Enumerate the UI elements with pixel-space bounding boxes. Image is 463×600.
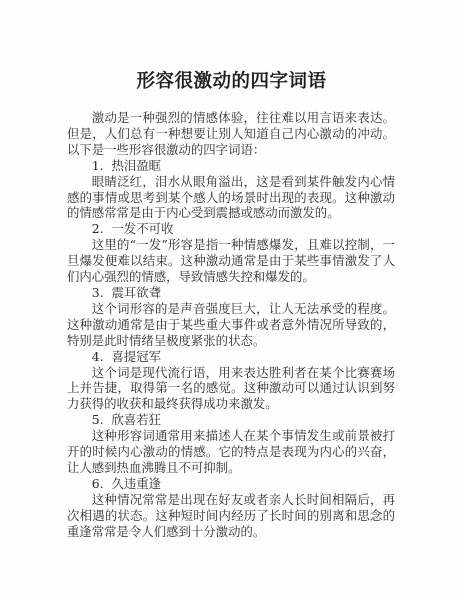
item-term: 欣喜若狂 <box>112 412 162 427</box>
item-number: 6. <box>92 476 104 491</box>
item-heading-5: 5. 欣喜若狂 <box>67 412 395 428</box>
item-number: 1. <box>92 158 104 173</box>
item-number: 2. <box>92 221 104 236</box>
item-description-1: 眼睛泛红，泪水从眼角溢出，这是看到某件触发内心情感的事情或思考到某个感人的场景时… <box>67 174 395 222</box>
document-body: 激动是一种强烈的情感体验，往往难以用言语来表达。但是，人们总有一种想要让别人知道… <box>67 110 395 539</box>
item-heading-2: 2. 一发不可收 <box>67 221 395 237</box>
item-number: 3. <box>92 285 104 300</box>
item-heading-4: 4. 喜提冠军 <box>67 349 395 365</box>
item-term: 喜提冠军 <box>112 349 162 364</box>
item-description-3: 这个词形容的是声音强度巨大，让人无法承受的程度。这种激动通常是由于某些重大事件或… <box>67 301 395 349</box>
item-heading-1: 1. 热泪盈眶 <box>67 158 395 174</box>
item-term: 震耳欲聋 <box>112 285 162 300</box>
item-number: 5. <box>92 412 104 427</box>
item-term: 久违重逢 <box>112 476 162 491</box>
item-description-2: 这里的“一发”形容是指一种情感爆发，且难以控制，一旦爆发便难以结束。这种激动通常… <box>67 237 395 285</box>
item-heading-3: 3. 震耳欲聋 <box>67 285 395 301</box>
item-description-4: 这个词是现代流行语，用来表达胜利者在某个比赛赛场上并告捷，取得第一名的感觉。这种… <box>67 365 395 413</box>
item-description-5: 这种形容词通常用来描述人在某个事情发生或前景被打开的时候内心激动的情感。它的特点… <box>67 428 395 476</box>
item-description-6: 这种情况常常是出现在好友或者亲人长时间相隔后，再次相遇的状态。这种短时间内经历了… <box>67 492 395 540</box>
document-page: 形容很激动的四字词语 激动是一种强烈的情感体验，往往难以用言语来表达。但是，人们… <box>0 0 463 600</box>
item-term: 一发不可收 <box>112 221 174 236</box>
item-term: 热泪盈眶 <box>112 158 162 173</box>
item-heading-6: 6. 久违重逢 <box>67 476 395 492</box>
intro-paragraph: 激动是一种强烈的情感体验，往往难以用言语来表达。但是，人们总有一种想要让别人知道… <box>67 110 395 158</box>
item-number: 4. <box>92 349 104 364</box>
page-title: 形容很激动的四字词语 <box>0 70 463 94</box>
